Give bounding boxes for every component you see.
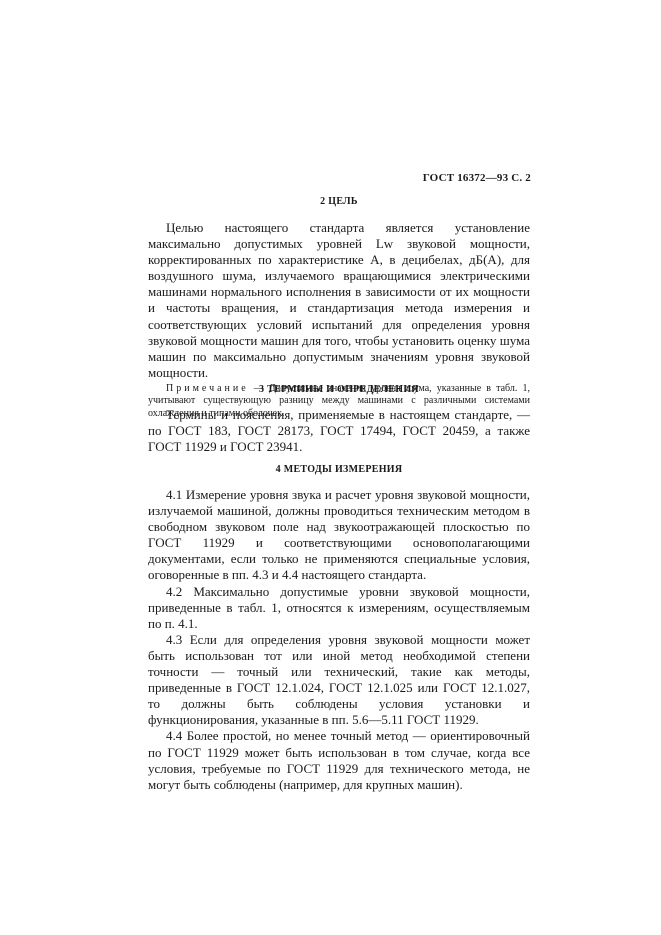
document-page: ГОСТ 16372—93 С. 2 2 ЦЕЛЬ Целью настояще… — [0, 0, 661, 935]
clause-4-1: 4.1 Измерение уровня звука и расчет уров… — [148, 487, 530, 584]
clause-4-4: 4.4 Более простой, но менее точный метод… — [148, 728, 530, 792]
section-3-heading: 3 ТЕРМИНЫ И ОПРЕДЕЛЕНИЯ — [148, 384, 530, 395]
running-header: ГОСТ 16372—93 С. 2 — [0, 172, 531, 184]
section-2-paragraph: Целью настоящего стандарта является уста… — [148, 220, 530, 381]
section-3-paragraph: Термины и пояснения, применяемые в насто… — [148, 407, 530, 455]
section-4-body: 4.1 Измерение уровня звука и расчет уров… — [148, 487, 530, 793]
section-3-body: Термины и пояснения, применяемые в насто… — [148, 407, 530, 455]
section-4-heading: 4 МЕТОДЫ ИЗМЕРЕНИЯ — [148, 464, 530, 475]
section-2-heading: 2 ЦЕЛЬ — [148, 196, 530, 207]
clause-4-3: 4.3 Если для определения уровня звуковой… — [148, 632, 530, 729]
clause-4-2: 4.2 Максимально допустимые уровни звуков… — [148, 584, 530, 632]
